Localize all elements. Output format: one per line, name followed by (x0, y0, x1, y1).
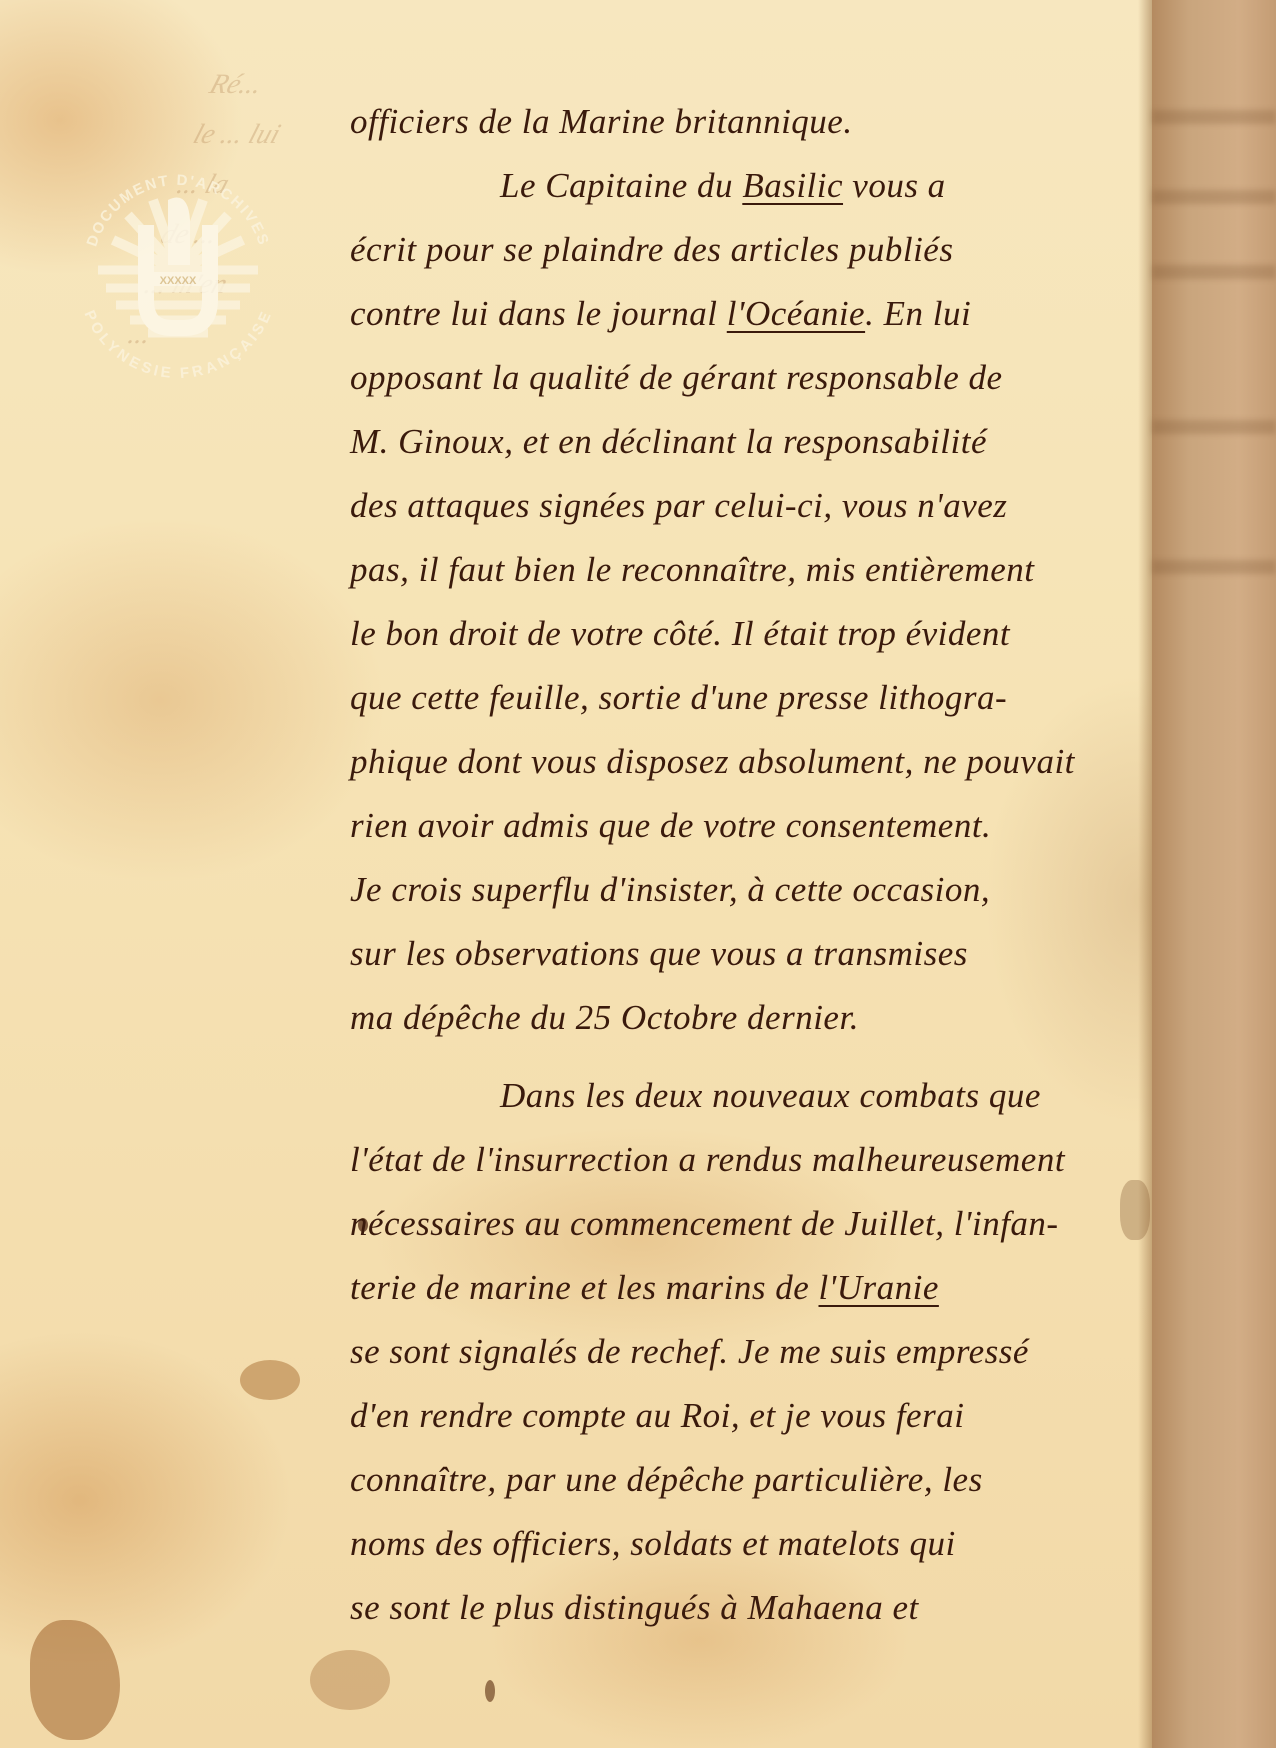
adjacent-page-edge (1152, 0, 1276, 1748)
ink-blot (485, 1680, 495, 1702)
manuscript-line: que cette feuille, sortie d'une presse l… (350, 666, 1140, 730)
manuscript-line: Dans les deux nouveaux combats que (350, 1064, 1140, 1128)
manuscript-line: le bon droit de votre côté. Il était tro… (350, 602, 1140, 666)
manuscript-line: pas, il faut bien le reconnaître, mis en… (350, 538, 1140, 602)
bleed-stroke (1152, 110, 1276, 124)
manuscript-line: Le Capitaine du Basilic vous a (350, 154, 1140, 218)
manuscript-line: des attaques signées par celui-ci, vous … (350, 474, 1140, 538)
manuscript-line: se sont signalés de rechef. Je me suis e… (350, 1320, 1140, 1384)
manuscript-page: Ré... le ... lui ... la de ... ... m'en … (0, 0, 1152, 1748)
ship-name: l'Uranie (819, 1268, 939, 1307)
bleed-stroke (1152, 190, 1276, 204)
manuscript-body: officiers de la Marine britannique. Le C… (350, 90, 1140, 1640)
foxing-stain (240, 1360, 300, 1400)
manuscript-line: terie de marine et les marins de l'Urani… (350, 1256, 1140, 1320)
bleed-stroke (1152, 420, 1276, 434)
manuscript-line: connaître, par une dépêche particulière,… (350, 1448, 1140, 1512)
ship-name: Basilic (742, 166, 843, 205)
manuscript-line: phique dont vous disposez absolument, ne… (350, 730, 1140, 794)
manuscript-line: d'en rendre compte au Roi, et je vous fe… (350, 1384, 1140, 1448)
manuscript-line: se sont le plus distingués à Mahaena et (350, 1576, 1140, 1640)
manuscript-line: contre lui dans le journal l'Océanie. En… (350, 282, 1140, 346)
svg-text:XXXXX: XXXXX (160, 275, 197, 287)
manuscript-line: écrit pour se plaindre des articles publ… (350, 218, 1140, 282)
manuscript-line: ma dépêche du 25 Octobre dernier. (350, 986, 1140, 1050)
manuscript-line: M. Ginoux, et en déclinant la responsabi… (350, 410, 1140, 474)
manuscript-line: officiers de la Marine britannique. (350, 90, 1140, 154)
bleed-stroke (1152, 265, 1276, 279)
manuscript-line: nécessaires au commencement de Juillet, … (350, 1192, 1140, 1256)
manuscript-line: opposant la qualité de gérant responsabl… (350, 346, 1140, 410)
foxing-stain (30, 1620, 120, 1740)
document-scan: Ré... le ... lui ... la de ... ... m'en … (0, 0, 1276, 1748)
bleed-stroke (1152, 560, 1276, 574)
archive-stamp-icon: XXXXX DOCUMENT D'ARCHIVES POLYNESIE FRAN… (68, 160, 288, 380)
manuscript-line: rien avoir admis que de votre consenteme… (350, 794, 1140, 858)
manuscript-line: sur les observations que vous a transmis… (350, 922, 1140, 986)
manuscript-line: noms des officiers, soldats et matelots … (350, 1512, 1140, 1576)
manuscript-line: Je crois superflu d'insister, à cette oc… (350, 858, 1140, 922)
manuscript-line: l'état de l'insurrection a rendus malheu… (350, 1128, 1140, 1192)
journal-name: l'Océanie (727, 294, 865, 333)
foxing-stain (310, 1650, 390, 1710)
